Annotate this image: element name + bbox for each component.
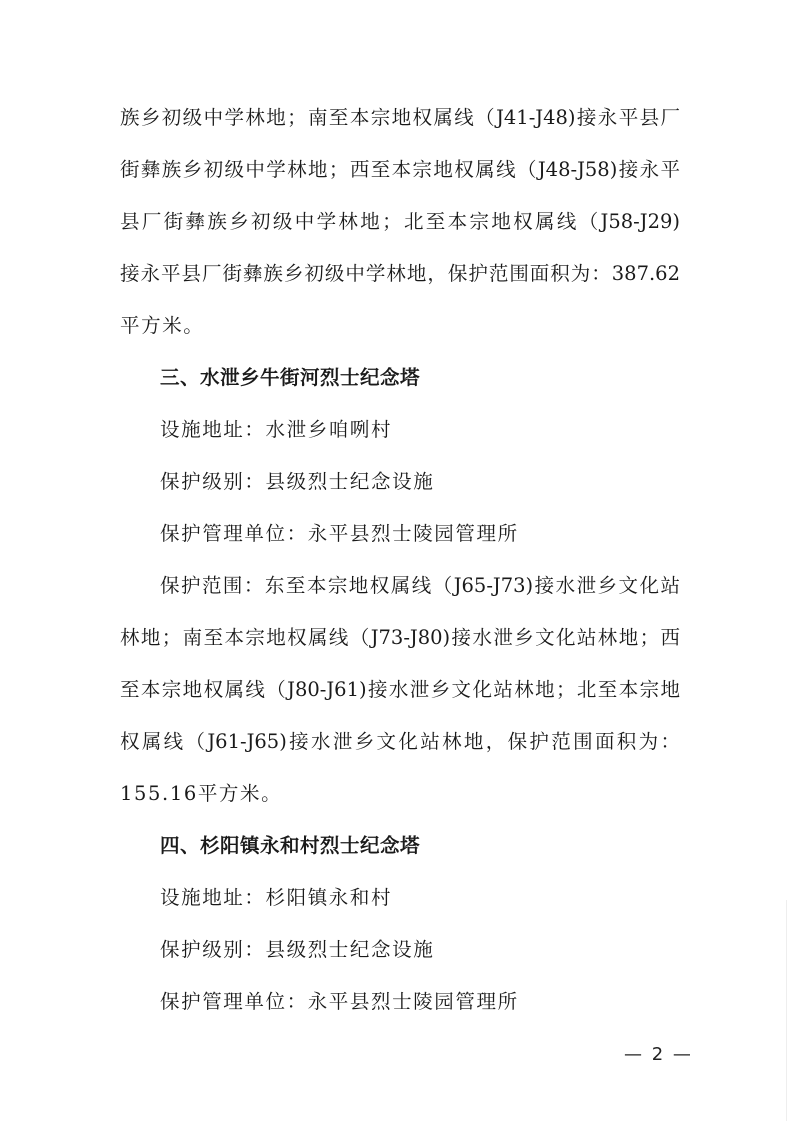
management-unit: 保护管理单位：永平县烈士陵园管理所 bbox=[160, 520, 680, 548]
paragraph-line: 县厂街彝族乡初级中学林地；北至本宗地权属线（J58-J29) bbox=[120, 208, 680, 236]
scope-line: 155.16平方米。 bbox=[120, 780, 680, 808]
management-unit: 保护管理单位：永平县烈士陵园管理所 bbox=[160, 988, 680, 1016]
facility-address: 设施地址：水泄乡咱咧村 bbox=[160, 416, 680, 444]
page-number: — 2 — bbox=[624, 1044, 693, 1065]
protection-level: 保护级别：县级烈士纪念设施 bbox=[160, 468, 680, 496]
facility-address: 设施地址：杉阳镇永和村 bbox=[160, 884, 680, 912]
paragraph-line: 族乡初级中学林地；南至本宗地权属线（J41-J48)接永平县厂 bbox=[120, 104, 680, 132]
scan-edge bbox=[786, 900, 787, 1121]
section-heading: 三、水泄乡牛街河烈士纪念塔 bbox=[160, 364, 680, 392]
protection-level: 保护级别：县级烈士纪念设施 bbox=[160, 936, 680, 964]
scope-line: 至本宗地权属线（J80-J61)接水泄乡文化站林地；北至本宗地 bbox=[120, 676, 680, 704]
paragraph-line: 平方米。 bbox=[120, 312, 680, 340]
paragraph-line: 街彝族乡初级中学林地；西至本宗地权属线（J48-J58)接永平 bbox=[120, 156, 680, 184]
section-heading: 四、杉阳镇永和村烈士纪念塔 bbox=[160, 832, 680, 860]
document-page: 族乡初级中学林地；南至本宗地权属线（J41-J48)接永平县厂 街彝族乡初级中学… bbox=[0, 0, 793, 1121]
scope-line: 林地；南至本宗地权属线（J73-J80)接水泄乡文化站林地；西 bbox=[120, 624, 680, 652]
paragraph-line: 接永平县厂街彝族乡初级中学林地，保护范围面积为：387.62 bbox=[120, 260, 680, 288]
scope-line: 权属线（J61-J65)接水泄乡文化站林地，保护范围面积为： bbox=[120, 728, 680, 756]
scope-line: 保护范围：东至本宗地权属线（J65-J73)接水泄乡文化站 bbox=[160, 572, 680, 600]
